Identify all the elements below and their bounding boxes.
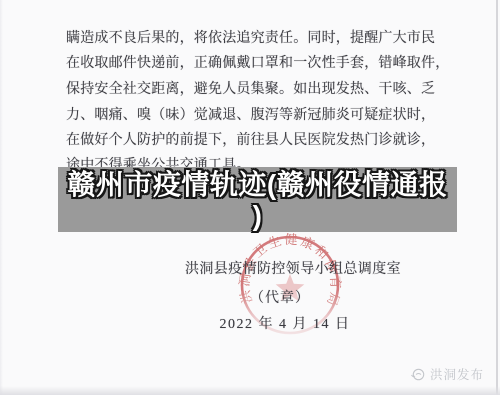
overlay-title-line1: 赣州市疫情轨迹(赣州役情通报 xyxy=(67,169,447,200)
signature-organization: 洪洞县疫情防控领导小组总调度室 xyxy=(185,258,401,278)
body-text-line: 瞒造成不良后果的，将依法追究责任。同时，提醒广大市民 xyxy=(66,27,466,47)
signature-date: 2022 年 4 月 14 日 xyxy=(220,313,351,333)
overlay-title-line2: ) xyxy=(253,200,263,231)
signature-proxy-note: （代章） xyxy=(250,287,310,307)
paper-left-edge xyxy=(0,0,3,395)
document-photo: 瞒造成不良后果的，将依法追究责任。同时，提醒广大市民 在收取邮件快递前，正确佩戴… xyxy=(0,0,500,395)
title-overlay-band: 赣州市疫情轨迹(赣州役情通报 ) xyxy=(58,167,457,232)
paper-bottom-edge xyxy=(0,386,500,395)
hongtong-fabu-logo-icon xyxy=(410,366,426,382)
body-text-line: 在收取邮件快递前，正确佩戴口罩和一次性手套，错峰取件， xyxy=(66,52,466,72)
body-text-line: 力、咽痛、嗅（味）觉减退、腹泻等新冠肺炎可疑症状时， xyxy=(66,104,466,124)
watermark-label: 洪洞发布 xyxy=(430,365,484,383)
body-text-line: 在做好个人防护的前提下，前往县人民医院发热门诊就诊， xyxy=(66,129,466,149)
paper-right-edge xyxy=(496,0,498,395)
body-text-line: 保持安全社交距离，避免人员集聚。如出现发热、干咳、乏 xyxy=(66,78,466,98)
publisher-watermark: 洪洞发布 xyxy=(410,365,484,383)
